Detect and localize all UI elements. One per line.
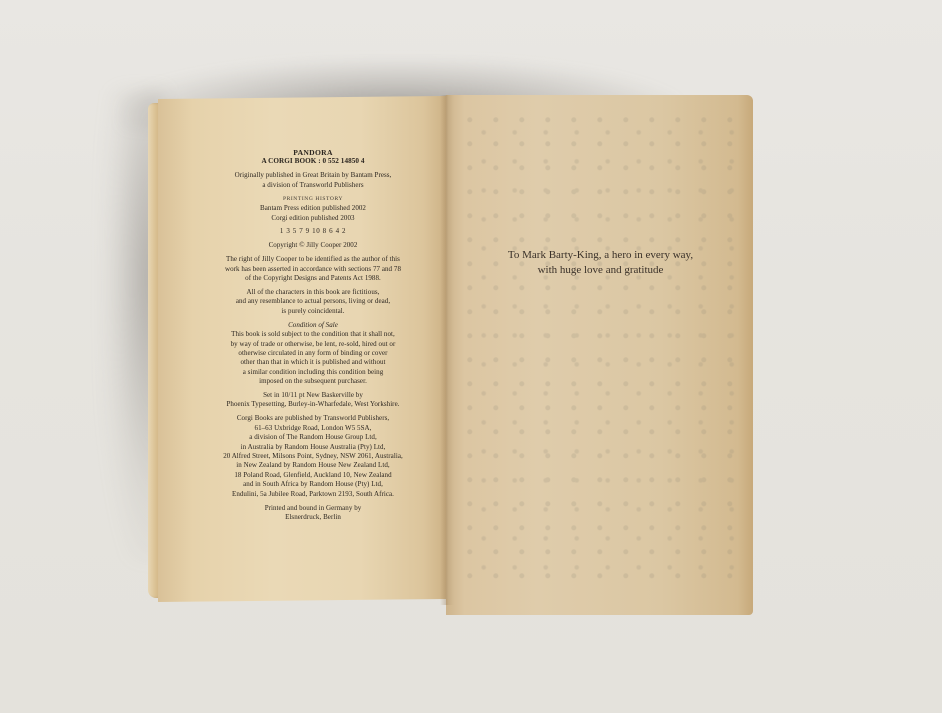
- copyright-page-text: PANDORA A CORGI BOOK : 0 552 14850 4 Ori…: [198, 148, 428, 527]
- original-publication: Originally published in Great Britain by…: [198, 171, 428, 190]
- book-gutter: [440, 95, 454, 605]
- print-line: 1 3 5 7 9 10 8 6 4 2: [198, 227, 428, 236]
- right-page-faded-pattern: [462, 115, 740, 585]
- printing-history-heading: PRINTING HISTORY: [198, 195, 428, 204]
- moral-rights: The right of Jilly Cooper to be identifi…: [198, 255, 428, 283]
- open-book: PANDORA A CORGI BOOK : 0 552 14850 4 Ori…: [0, 0, 942, 713]
- photo-scene: PANDORA A CORGI BOOK : 0 552 14850 4 Ori…: [0, 0, 942, 713]
- condition-of-sale-heading: Condition of Sale: [198, 321, 428, 330]
- isbn-line: A CORGI BOOK : 0 552 14850 4: [198, 157, 428, 166]
- printer-info: Printed and bound in Germany by Elsnerdr…: [198, 504, 428, 523]
- printing-history: Bantam Press edition published 2002 Corg…: [198, 204, 428, 223]
- dedication-text: To Mark Barty-King, a hero in every way,…: [478, 248, 723, 277]
- typesetting-info: Set in 10/11 pt New Baskerville by Phoen…: [198, 391, 428, 410]
- condition-of-sale: This book is sold subject to the conditi…: [198, 330, 428, 386]
- fiction-disclaimer: All of the characters in this book are f…: [198, 288, 428, 316]
- copyright-notice: Copyright © Jilly Cooper 2002: [198, 241, 428, 250]
- book-title: PANDORA: [198, 148, 428, 157]
- publisher-info: Corgi Books are published by Transworld …: [198, 414, 428, 499]
